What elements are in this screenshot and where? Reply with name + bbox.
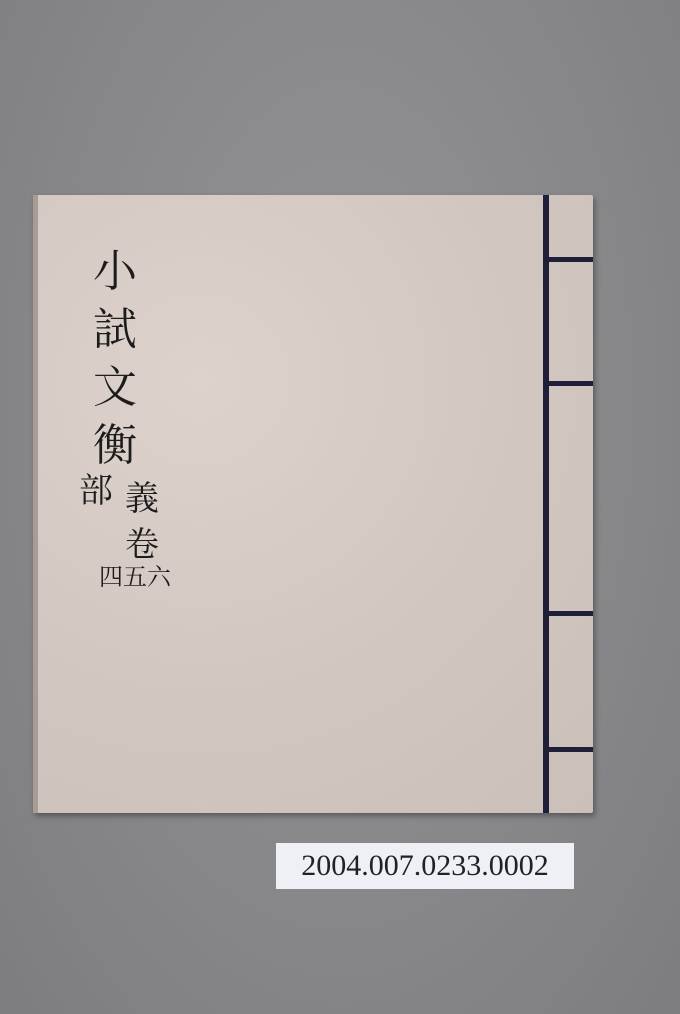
book-fold-edge — [33, 195, 38, 813]
book-title: 小 試 文 衡 — [85, 243, 145, 475]
book-cover: 小 試 文 衡 部 義 卷 四五六 — [33, 195, 593, 813]
binding-stitch — [543, 257, 593, 262]
title-char: 試 — [85, 301, 145, 359]
volume-numbers: 四五六 — [99, 557, 171, 592]
title-char: 小 — [85, 243, 145, 301]
binding-stitch — [543, 747, 593, 752]
catalog-number-label: 2004.007.0233.0002 — [276, 843, 574, 889]
title-char: 文 — [85, 359, 145, 417]
binding-thread — [543, 195, 549, 813]
binding-stitch — [543, 611, 593, 616]
subtitle-left: 部 — [79, 463, 113, 512]
subtitle-right: 義 — [125, 471, 159, 520]
binding-stitch — [543, 381, 593, 386]
